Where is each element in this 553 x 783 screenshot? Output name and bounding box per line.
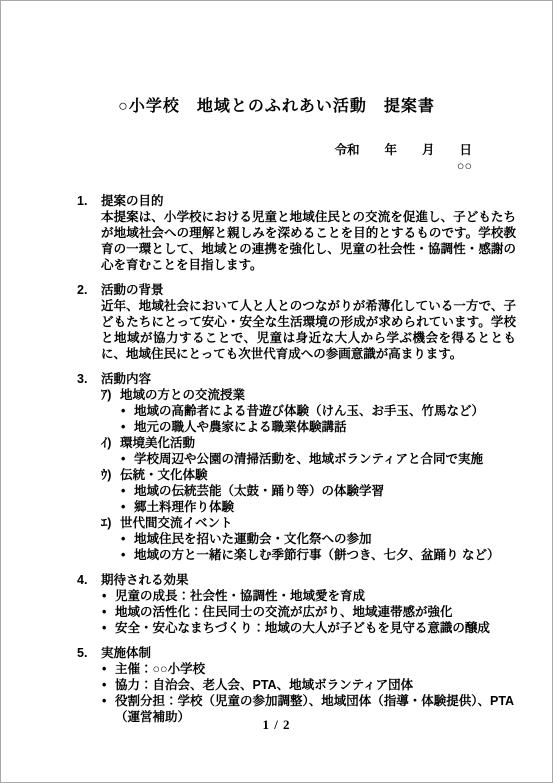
section-number: 3. xyxy=(77,371,101,387)
date-block: 令和 年 月 日 ○○ xyxy=(1,142,552,174)
document-body: 1. 提案の目的 本提案は、小学校における児童と地域住民との交流を促進し、子ども… xyxy=(1,174,552,725)
activity-group-b: ｲ) 環境美化活動 学校周辺や公園の清掃活動を、地域ボランティアと合同で実施 xyxy=(101,435,516,467)
bullet-item: 地域の伝統芸能（太鼓・踊り等）の体験学習 xyxy=(120,483,516,499)
section-heading: 活動内容 xyxy=(101,371,151,387)
section-heading-row: 5. 実施体制 xyxy=(77,645,516,661)
bullet-item: 地域の高齢者による昔遊び体験（けん玉、お手玉、竹馬など） xyxy=(120,403,516,419)
section-background: 2. 活動の背景 近年、地域社会において人と人とのつながりが希薄化している一方で… xyxy=(77,282,516,362)
section-activities: 3. 活動内容 ｱ) 地域の方との交流授業 地域の高齢者による昔遊び体験（けん玉… xyxy=(77,371,516,563)
page-number: 1 / 2 xyxy=(1,717,552,733)
bullet-item: 協力：自治会、老人会、PTA、地域ボランティア団体 xyxy=(101,677,516,693)
group-bullet-list: 学校周辺や公園の清掃活動を、地域ボランティアと合同で実施 xyxy=(120,451,516,467)
activity-group-d: ｴ) 世代間交流イベント 地域住民を招いた運動会・文化祭への参加 地域の方と一緒… xyxy=(101,515,516,563)
group-heading-row: ｴ) 世代間交流イベント xyxy=(101,515,516,531)
section-number: 4. xyxy=(77,572,101,588)
bullet-item: 学校周辺や公園の清掃活動を、地域ボランティアと合同で実施 xyxy=(120,451,516,467)
section-bullet-list: 主催：○○小学校 協力：自治会、老人会、PTA、地域ボランティア団体 役割分担：… xyxy=(101,661,516,725)
section-heading-row: 2. 活動の背景 xyxy=(77,282,516,298)
section-bullet-list: 児童の成長：社会性・協調性・地域愛を育成 地域の活性化：住民同士の交流が広がり、… xyxy=(101,588,516,636)
group-bullet-list: 地域の伝統芸能（太鼓・踊り等）の体験学習 郷土料理作り体験 xyxy=(120,483,516,515)
group-heading-row: ｲ) 環境美化活動 xyxy=(101,435,516,451)
group-heading-row: ｳ) 伝統・文化体験 xyxy=(101,467,516,483)
section-number: 1. xyxy=(77,193,101,209)
section-organization: 5. 実施体制 主催：○○小学校 協力：自治会、老人会、PTA、地域ボランティア… xyxy=(77,645,516,725)
group-title: 世代間交流イベント xyxy=(120,515,233,531)
section-heading-row: 3. 活動内容 xyxy=(77,371,516,387)
section-number: 5. xyxy=(77,645,101,661)
bullet-item: 郷土料理作り体験 xyxy=(120,499,516,515)
group-heading-row: ｱ) 地域の方との交流授業 xyxy=(101,387,516,403)
section-paragraph: 近年、地域社会において人と人とのつながりが希薄化している一方で、子どもたちにとっ… xyxy=(101,298,516,362)
group-label: ｱ) xyxy=(101,387,120,403)
bullet-item: 地元の職人や農家による職業体験講話 xyxy=(120,419,516,435)
section-heading: 提案の目的 xyxy=(101,193,164,209)
group-bullet-list: 地域住民を招いた運動会・文化祭への参加 地域の方と一緒に楽しむ季節行事（餅つき、… xyxy=(120,531,516,563)
section-heading-row: 1. 提案の目的 xyxy=(77,193,516,209)
group-label: ｲ) xyxy=(101,435,120,451)
section-paragraph: 本提案は、小学校における児童と地域住民との交流を促進し、子どもたちが地域社会への… xyxy=(101,209,516,273)
section-effects: 4. 期待される効果 児童の成長：社会性・協調性・地域愛を育成 地域の活性化：住… xyxy=(77,572,516,636)
document-page: ○小学校 地域とのふれあい活動 提案書 令和 年 月 日 ○○ 1. 提案の目的… xyxy=(0,0,553,783)
group-label: ｴ) xyxy=(101,515,120,531)
activity-group-c: ｳ) 伝統・文化体験 地域の伝統芸能（太鼓・踊り等）の体験学習 郷土料理作り体験 xyxy=(101,467,516,515)
group-bullet-list: 地域の高齢者による昔遊び体験（けん玉、お手玉、竹馬など） 地元の職人や農家による… xyxy=(120,403,516,435)
bullet-item: 地域の方と一緒に楽しむ季節行事（餅つき、七夕、盆踊り など） xyxy=(120,547,516,563)
section-heading-row: 4. 期待される効果 xyxy=(77,572,516,588)
section-purpose: 1. 提案の目的 本提案は、小学校における児童と地域住民との交流を促進し、子ども… xyxy=(77,193,516,273)
group-title: 伝統・文化体験 xyxy=(120,467,208,483)
author-line: ○○ xyxy=(1,158,472,174)
section-number: 2. xyxy=(77,282,101,298)
bullet-item: 児童の成長：社会性・協調性・地域愛を育成 xyxy=(101,588,516,604)
section-heading: 活動の背景 xyxy=(101,282,164,298)
group-title: 環境美化活動 xyxy=(120,435,195,451)
date-line: 令和 年 月 日 xyxy=(1,142,472,158)
page-title: ○小学校 地域とのふれあい活動 提案書 xyxy=(1,1,552,116)
bullet-item: 主催：○○小学校 xyxy=(101,661,516,677)
section-heading: 実施体制 xyxy=(101,645,151,661)
bullet-item: 安全・安心なまちづくり：地域の大人が子どもを見守る意識の醸成 xyxy=(101,620,516,636)
bullet-item: 地域住民を招いた運動会・文化祭への参加 xyxy=(120,531,516,547)
group-label: ｳ) xyxy=(101,467,120,483)
activity-group-a: ｱ) 地域の方との交流授業 地域の高齢者による昔遊び体験（けん玉、お手玉、竹馬な… xyxy=(101,387,516,435)
bullet-item: 地域の活性化：住民同士の交流が広がり、地域連帯感が強化 xyxy=(101,604,516,620)
group-title: 地域の方との交流授業 xyxy=(120,387,245,403)
section-heading: 期待される効果 xyxy=(101,572,189,588)
